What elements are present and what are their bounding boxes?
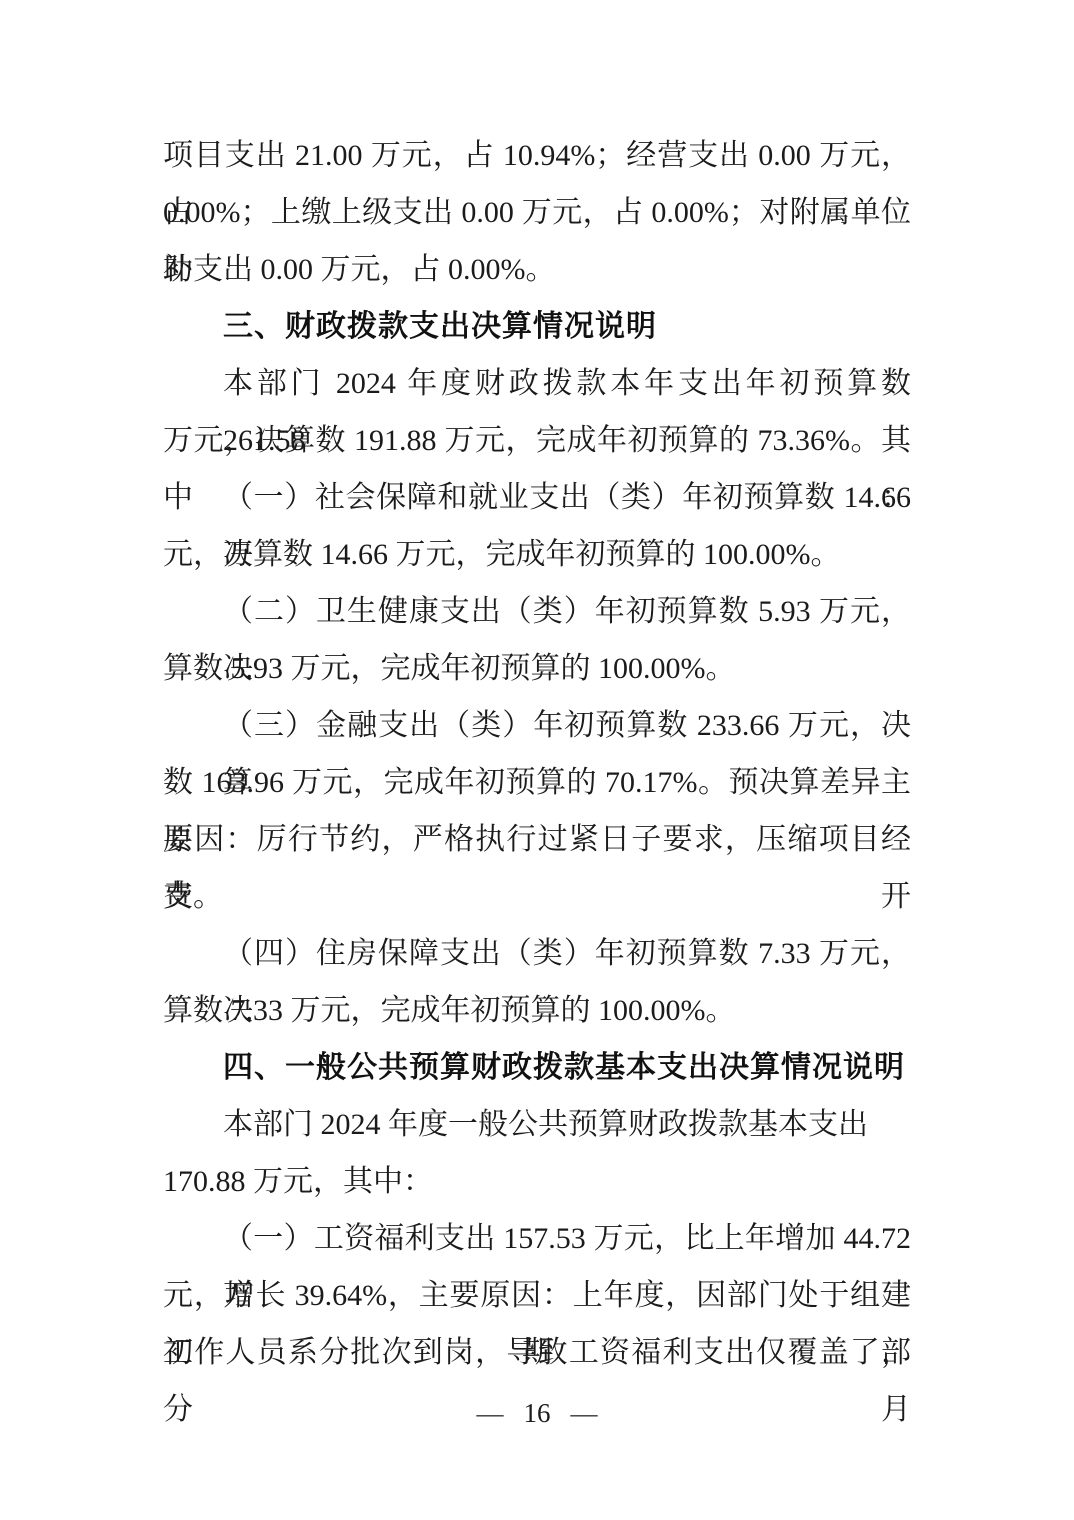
text-line: 元，增长 39.64%，主要原因：上年度，因部门处于组建初期， bbox=[163, 1267, 911, 1324]
section-heading: 三、财政拨款支出决算情况说明 bbox=[163, 298, 911, 355]
footer-dash-right: — bbox=[571, 1398, 598, 1428]
text-line: 170.88 万元，其中： bbox=[163, 1153, 911, 1210]
text-line: 助支出 0.00 万元，占 0.00%。 bbox=[163, 241, 911, 298]
text-line: 工作人员系分批次到岗，导致工资福利支出仅覆盖了部分月 bbox=[163, 1324, 911, 1381]
document-body: 项目支出 21.00 万元，占 10.94%；经营支出 0.00 万元，占0.0… bbox=[163, 127, 911, 1381]
text-line: （四）住房保障支出（类）年初预算数 7.33 万元，决 bbox=[163, 925, 911, 982]
text-line: 项目支出 21.00 万元，占 10.94%；经营支出 0.00 万元，占 bbox=[163, 127, 911, 184]
text-line: 本部门 2024 年度一般公共预算财政拨款基本支出 bbox=[163, 1096, 911, 1153]
page-footer: —16— bbox=[0, 1398, 1074, 1429]
text-line: 原因：厉行节约，严格执行过紧日子要求，压缩项目经费开 bbox=[163, 811, 911, 868]
page-number: 16 bbox=[524, 1398, 551, 1429]
text-line: 0.00%；上缴上级支出 0.00 万元，占 0.00%；对附属单位补 bbox=[163, 184, 911, 241]
document-page: 项目支出 21.00 万元，占 10.94%；经营支出 0.00 万元，占0.0… bbox=[0, 0, 1074, 1520]
section-heading: 四、一般公共预算财政拨款基本支出决算情况说明 bbox=[163, 1039, 911, 1096]
text-line: 本部门 2024 年度财政拨款本年支出年初预算数 261.58 bbox=[163, 355, 911, 412]
footer-dash-left: — bbox=[477, 1398, 504, 1428]
text-line: 万元，决算数 191.88 万元，完成年初预算的 73.36%。其中： bbox=[163, 412, 911, 469]
text-line: 算数 7.33 万元，完成年初预算的 100.00%。 bbox=[163, 982, 911, 1039]
text-line: 数 163.96 万元，完成年初预算的 70.17%。预决算差异主要 bbox=[163, 754, 911, 811]
text-line: （三）金融支出（类）年初预算数 233.66 万元，决算 bbox=[163, 697, 911, 754]
text-line: （二）卫生健康支出（类）年初预算数 5.93 万元，决 bbox=[163, 583, 911, 640]
text-line: （一）工资福利支出 157.53 万元，比上年增加 44.72 万 bbox=[163, 1210, 911, 1267]
text-line: 元，决算数 14.66 万元，完成年初预算的 100.00%。 bbox=[163, 526, 911, 583]
text-line: 算数 5.93 万元，完成年初预算的 100.00%。 bbox=[163, 640, 911, 697]
text-line: （一）社会保障和就业支出（类）年初预算数 14.66 万 bbox=[163, 469, 911, 526]
